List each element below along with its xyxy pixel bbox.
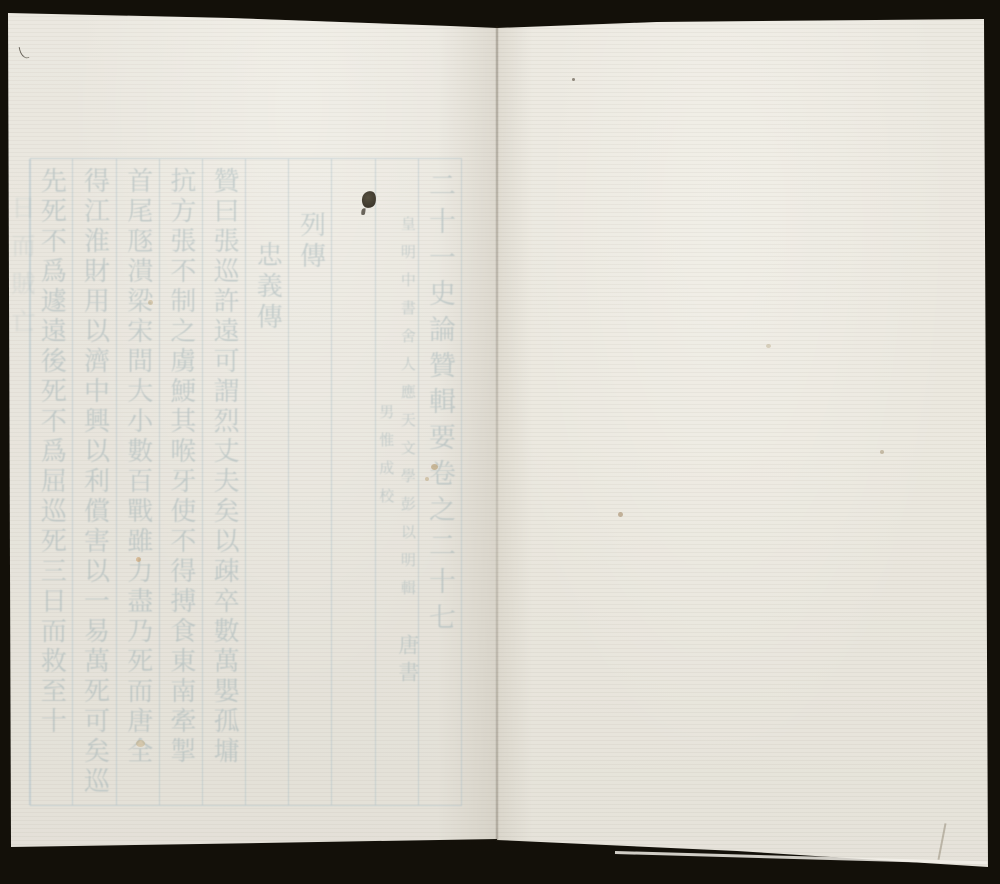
attribution-column: 皇明中書舍人應天文學彭以明輯唐書 男惟成校	[375, 159, 418, 805]
printed-text-frame: 二十一史論贊輯要卷之二十七 皇明中書舍人應天文學彭以明輯唐書 男惟成校 列傳 忠…	[30, 158, 462, 806]
body-column-1: 贊曰張巡許遠可謂烈丈夫矣以疎卒數萬嬰孤墉	[202, 159, 245, 805]
proofreader-text: 男惟成校	[377, 404, 395, 516]
section-label-tangshu: 唐書	[396, 634, 418, 688]
foxing-spot	[766, 344, 771, 348]
left-page: 二十一史論贊輯要卷之二十七 皇明中書舍人應天文學彭以明輯唐書 男惟成校 列傳 忠…	[0, 0, 497, 884]
foxing-spot	[136, 557, 141, 562]
volume-title-column: 二十一史論贊輯要卷之二十七	[418, 159, 461, 805]
right-page	[497, 0, 1000, 884]
foxing-spot	[136, 740, 145, 747]
page-fold-gutter	[496, 26, 498, 841]
foxing-spot	[431, 464, 438, 470]
foxing-spot	[148, 300, 153, 305]
foxing-spot	[425, 477, 429, 481]
body-column-6-partial: 日而賊亡	[4, 195, 39, 795]
book-scan: 二十一史論贊輯要卷之二十七 皇明中書舍人應天文學彭以明輯唐書 男惟成校 列傳 忠…	[0, 0, 1000, 884]
heading-zhongyizhuan: 忠義傳	[245, 159, 288, 805]
body-column-4: 得江淮財用以濟中興以利償害以一易萬死可矣巡	[72, 159, 115, 805]
attribution-publisher-line: 皇明中書舍人應天文學彭以明輯唐書	[396, 159, 418, 805]
body-column-3: 首尾豗潰梁宋間大小數百戰雖力盡乃死而唐全	[116, 159, 159, 805]
empty-column	[331, 159, 374, 805]
fiber-mark	[19, 45, 30, 60]
attribution-proofreader-line: 男惟成校	[375, 159, 397, 805]
body-column-2: 抗方張不制之虜鯁其喉牙使不得搏食東南牽掣	[159, 159, 202, 805]
speck	[572, 78, 575, 81]
foxing-spot	[618, 512, 623, 517]
publisher-text: 皇明中書舍人應天文學彭以明輯	[399, 216, 417, 608]
foxing-spot	[880, 450, 884, 454]
heading-liezhuan: 列傳	[288, 159, 331, 805]
